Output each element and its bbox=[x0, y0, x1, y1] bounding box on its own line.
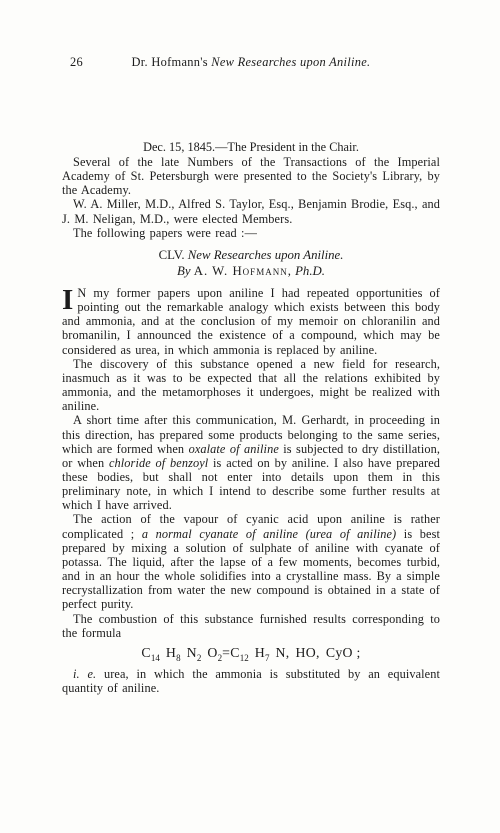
byline-author: A. W. Hofmann, bbox=[194, 264, 292, 278]
italic-phrase: oxalate of aniline bbox=[189, 442, 279, 456]
formula-subscript: 2 bbox=[197, 653, 202, 663]
running-title-italic: New Researches upon Aniline. bbox=[211, 55, 370, 69]
body-paragraph-3: A short time after this communication, M… bbox=[62, 413, 440, 512]
formula-term: CyO ; bbox=[326, 645, 361, 660]
formula-subscript: 8 bbox=[176, 653, 181, 663]
date-line: Dec. 15, 1845.—The President in the Chai… bbox=[62, 140, 440, 155]
italic-phrase: i. e. bbox=[73, 667, 96, 681]
formula-symbol: HO, bbox=[296, 645, 320, 660]
running-title: Dr. Hofmann's New Researches upon Anilin… bbox=[132, 55, 371, 69]
paragraph-text: N my former papers upon aniline I had re… bbox=[62, 286, 440, 357]
formula-term: N, bbox=[276, 645, 290, 660]
formula-symbol: N, bbox=[276, 645, 290, 660]
article-number: CLV. bbox=[159, 248, 185, 262]
formula-term: C12 bbox=[230, 645, 249, 660]
formula-subscript: 12 bbox=[240, 653, 249, 663]
article-title: New Researches upon Aniline. bbox=[188, 248, 344, 262]
body-paragraph-2: The discovery of this substance opened a… bbox=[62, 357, 440, 414]
papers-read-line: The following papers were read :— bbox=[62, 226, 440, 240]
text-block: 26 Dr. Hofmann's New Researches upon Ani… bbox=[62, 55, 440, 695]
formula-term: N2 bbox=[187, 645, 202, 660]
formula-term: C14 bbox=[141, 645, 160, 660]
formula-term: O2 bbox=[207, 645, 222, 660]
body-paragraph-4: The action of the vapour of cyanic acid … bbox=[62, 512, 440, 611]
formula-symbol: C bbox=[230, 645, 240, 660]
running-head: 26 Dr. Hofmann's New Researches upon Ani… bbox=[62, 55, 440, 70]
article-title-line: CLV. New Researches upon Aniline. bbox=[62, 248, 440, 263]
chemical-formula: C14H8N2O2=C12H7N,HO,CyO ; bbox=[62, 645, 440, 663]
formula-symbol: C bbox=[141, 645, 151, 660]
formula-term: H8 bbox=[166, 645, 181, 660]
formula-symbol: H bbox=[255, 645, 265, 660]
intro-paragraph-members: W. A. Miller, M.D., Alfred S. Taylor, Es… bbox=[62, 197, 440, 225]
body-paragraph-1: IN my former papers upon aniline I had r… bbox=[62, 286, 440, 357]
running-title-prefix: Dr. Hofmann's bbox=[132, 55, 208, 69]
italic-phrase: chloride of benzoyl bbox=[109, 456, 208, 470]
byline-by: By bbox=[177, 264, 191, 278]
formula-symbol: N bbox=[187, 645, 197, 660]
paragraph-text: urea, in which the ammonia is substitute… bbox=[62, 667, 440, 695]
body-paragraph-5: The combustion of this substance furnish… bbox=[62, 612, 440, 640]
formula-symbol: O bbox=[207, 645, 217, 660]
formula-subscript: 7 bbox=[265, 653, 270, 663]
formula-symbol: H bbox=[166, 645, 176, 660]
page-number: 26 bbox=[70, 55, 83, 70]
formula-subscript: 14 bbox=[151, 653, 160, 663]
formula-term: HO, bbox=[296, 645, 320, 660]
byline: By A. W. Hofmann, Ph.D. bbox=[62, 264, 440, 279]
byline-degree: Ph.D. bbox=[295, 264, 325, 278]
italic-phrase: a normal cyanate of aniline (urea of ani… bbox=[142, 527, 396, 541]
formula-symbol: CyO ; bbox=[326, 645, 361, 660]
scanned-page: 26 Dr. Hofmann's New Researches upon Ani… bbox=[0, 0, 500, 833]
formula-term: H7 bbox=[255, 645, 270, 660]
intro-paragraph-library: Several of the late Numbers of the Trans… bbox=[62, 155, 440, 197]
drop-cap: I bbox=[62, 286, 77, 312]
body-paragraph-6: i. e. urea, in which the ammonia is subs… bbox=[62, 667, 440, 695]
